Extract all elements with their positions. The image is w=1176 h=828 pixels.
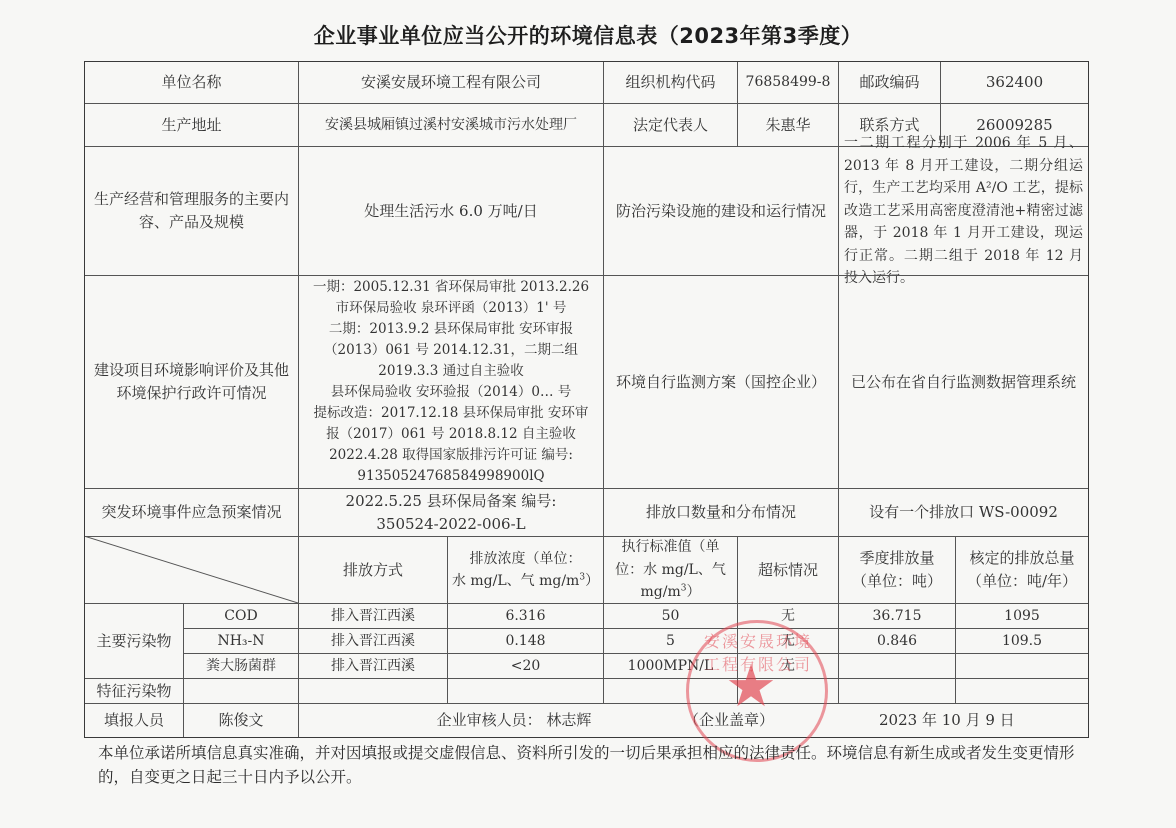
empty-cell — [603, 678, 738, 704]
characteristic-pollutants-label: 特征污染物 — [84, 678, 184, 704]
business-scope-label: 生产经营和管理服务的主要内容、产品及规模 — [84, 146, 299, 276]
business-scope-value: 处理生活污水 6.0 万吨/日 — [298, 146, 604, 276]
address-label: 生产地址 — [84, 103, 299, 147]
empty-cell — [955, 678, 1089, 704]
header-concentration: 排放浓度（单位：水 mg/L、气 mg/m3） — [447, 536, 604, 604]
eia-line: 报（2017）061 号 2018.8.12 自主验收 — [301, 424, 601, 445]
pollutant-method: 排入晋江西溪 — [298, 653, 448, 679]
emergency-line: 2022.5.25 县环保局备案 编号: — [305, 490, 597, 513]
empty-cell — [838, 678, 956, 704]
signoff-row: 企业审核人员： 林志辉 （企业盖章） 2023 年 10 月 9 日 — [298, 703, 1089, 738]
pollutant-method: 排入晋江西溪 — [298, 628, 448, 654]
pollutant-approved: 109.5 — [955, 628, 1089, 654]
eia-line: 91350524768584998900lQ — [301, 466, 601, 487]
pollutant-name: 粪大肠菌群 — [183, 653, 299, 679]
eia-label: 建设项目环境影响评价及其他环境保护行政许可情况 — [84, 275, 299, 489]
emergency-value: 2022.5.25 县环保局备案 编号: 350524-2022-006-L — [298, 488, 604, 537]
header-standard: 执行标准值（单位：水 mg/L、气mg/m3） — [603, 536, 738, 604]
pollutant-quarterly — [838, 653, 956, 679]
header-method: 排放方式 — [298, 536, 448, 604]
org-code-value: 76858499-8 — [737, 61, 839, 104]
org-code-label: 组织机构代码 — [603, 61, 738, 104]
eia-line: 县环保局验收 安环验报（2014）0… 号 — [301, 382, 601, 403]
postal-code-label: 邮政编码 — [838, 61, 941, 104]
address-value: 安溪县城厢镇过溪村安溪城市污水处理厂 — [298, 103, 604, 147]
eia-line: 提标改造：2017.12.18 县环保局审批 安环审 — [301, 403, 601, 424]
pollutant-name: COD — [183, 603, 299, 629]
emergency-label: 突发环境事件应急预案情况 — [84, 488, 299, 537]
header-quarterly: 季度排放量（单位：吨） — [838, 536, 956, 604]
empty-cell — [183, 678, 299, 704]
pollutant-concentration: <20 — [447, 653, 604, 679]
pollutant-name: NH₃-N — [183, 628, 299, 654]
filler-label: 填报人员 — [84, 703, 184, 738]
empty-cell — [447, 678, 604, 704]
monitoring-value: 已公布在省自行监测数据管理系统 — [838, 275, 1089, 489]
empty-cell — [737, 678, 839, 704]
outlet-label: 排放口数量和分布情况 — [603, 488, 839, 537]
pollutant-quarterly: 0.846 — [838, 628, 956, 654]
eia-line: （2013）061 号 2014.12.31，二期二组 — [301, 340, 601, 361]
facility-value: 一二期工程分别于 2006 年 5 月、2013 年 8 月开工建设，二期分组运… — [838, 146, 1089, 276]
eia-line: 2019.3.3 通过自主验收 — [301, 361, 601, 382]
diagonal-line — [84, 536, 298, 603]
unit-name-label: 单位名称 — [84, 61, 299, 104]
facility-label: 防治污染设施的建设和运行情况 — [603, 146, 839, 276]
reviewer: 企业审核人员： 林志辉 — [399, 709, 629, 732]
eia-line: 2022.4.28 取得国家版排污许可证 编号: — [301, 445, 601, 466]
legal-rep-label: 法定代表人 — [603, 103, 738, 147]
legal-rep-value: 朱惠华 — [737, 103, 839, 147]
pollutant-standard: 5 — [603, 628, 738, 654]
outlet-value: 设有一个排放口 WS-00092 — [838, 488, 1089, 537]
pollutant-standard: 1000MPN/L — [603, 653, 738, 679]
pollutant-concentration: 6.316 — [447, 603, 604, 629]
header-exceed: 超标情况 — [737, 536, 839, 604]
main-pollutants-label: 主要污染物 — [84, 603, 184, 679]
environment-info-table: 单位名称 安溪安晟环境工程有限公司 组织机构代码 76858499-8 邮政编码… — [0, 0, 1176, 828]
empty-cell — [298, 678, 448, 704]
pollutant-approved — [955, 653, 1089, 679]
postal-code-value: 362400 — [940, 61, 1089, 104]
pollutant-exceed: 无 — [737, 653, 839, 679]
eia-line: 一期：2005.12.31 省环保局审批 2013.2.26 — [301, 277, 601, 298]
pollutant-concentration: 0.148 — [447, 628, 604, 654]
pollutant-exceed: 无 — [737, 603, 839, 629]
disclaimer-text: 本单位承诺所填信息真实准确，并对因填报或提交虚假信息、资料所引发的一切后果承担相… — [98, 741, 1098, 789]
monitoring-label: 环境自行监测方案（国控企业） — [603, 275, 839, 489]
eia-line: 市环保局验收 泉环评函（2013）1' 号 — [301, 298, 601, 319]
header-approved: 核定的排放总量（单位：吨/年） — [955, 536, 1089, 604]
report-date: 2023 年 10 月 9 日 — [829, 709, 1015, 732]
pollutant-exceed: 无 — [737, 628, 839, 654]
filler-value: 陈俊文 — [183, 703, 299, 738]
eia-value: 一期：2005.12.31 省环保局审批 2013.2.26 市环保局验收 泉环… — [298, 275, 604, 489]
pollutant-method: 排入晋江西溪 — [298, 603, 448, 629]
emergency-line: 350524-2022-006-L — [305, 513, 597, 536]
pollutant-standard: 50 — [603, 603, 738, 629]
eia-line: 二期：2013.9.2 县环保局审批 安环审报 — [301, 319, 601, 340]
pollutant-approved: 1095 — [955, 603, 1089, 629]
pollutant-quarterly: 36.715 — [838, 603, 956, 629]
seal-label: （企业盖章） — [629, 709, 829, 732]
unit-name-value: 安溪安晟环境工程有限公司 — [298, 61, 604, 104]
